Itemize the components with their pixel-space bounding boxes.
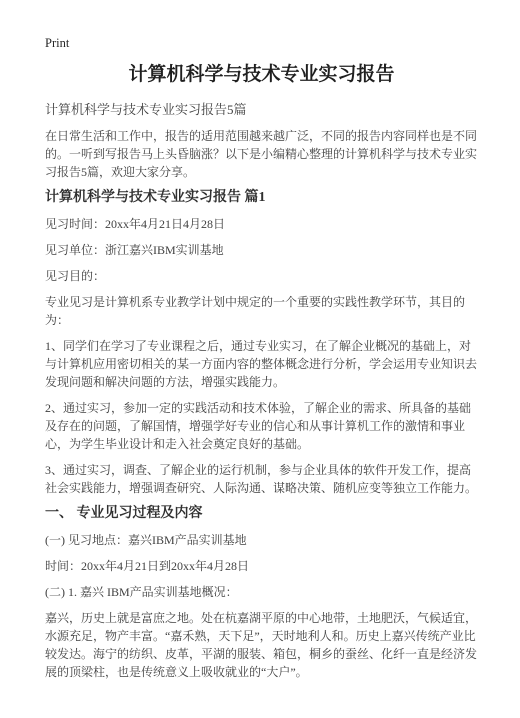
time-range-line: 时间：20xx年4月21日到20xx年4月28日 (45, 557, 478, 575)
internship-unit-line: 见习单位：浙江嘉兴IBM实训基地 (45, 241, 478, 259)
document-subtitle: 计算机科学与技术专业实习报告5篇 (45, 101, 478, 119)
page-title: 计算机科学与技术专业实习报告 (45, 62, 478, 88)
internship-purpose-label: 见习目的： (45, 267, 478, 285)
purpose-item-3: 3、通过实习，调查、了解企业的运行机制，参与企业具体的软件开发工作，提高社会实践… (45, 461, 478, 497)
document-body: 计算机科学与技术专业实习报告5篇 在日常生活和工作中，报告的适用范围越来越广泛，… (45, 101, 478, 681)
document-page: Print 计算机科学与技术专业实习报告 计算机科学与技术专业实习报告5篇 在日… (0, 0, 520, 718)
base-overview-heading: (二) 1. 嘉兴 IBM产品实训基地概况： (45, 583, 478, 601)
location-line: (一) 见习地点：嘉兴IBM产品实训基地 (45, 531, 478, 549)
intro-paragraph: 在日常生活和工作中，报告的适用范围越来越广泛，不同的报告内容同样也是不同的。一听… (45, 127, 478, 181)
internship-time-line: 见习时间：20xx年4月21日4月28日 (45, 215, 478, 233)
process-content-heading: 一、 专业见习过程及内容 (45, 505, 478, 523)
jiaxing-overview-paragraph: 嘉兴，历史上就是富庶之地。处在杭嘉湖平原的中心地带，土地肥沃，气候适宜，水源充足… (45, 609, 478, 681)
purpose-item-2: 2、通过实习，参加一定的实践活动和技术体验，了解企业的需求、所具备的基础及存在的… (45, 399, 478, 453)
purpose-item-1: 1、同学们在学习了专业课程之后，通过专业实习，在了解企业概况的基础上，对与计算机… (45, 337, 478, 391)
purpose-intro-paragraph: 专业见习是计算机系专业教学计划中规定的一个重要的实践性教学环节，其目的为： (45, 293, 478, 329)
print-link[interactable]: Print (45, 35, 69, 51)
section1-heading: 计算机科学与技术专业实习报告 篇1 (45, 189, 478, 207)
